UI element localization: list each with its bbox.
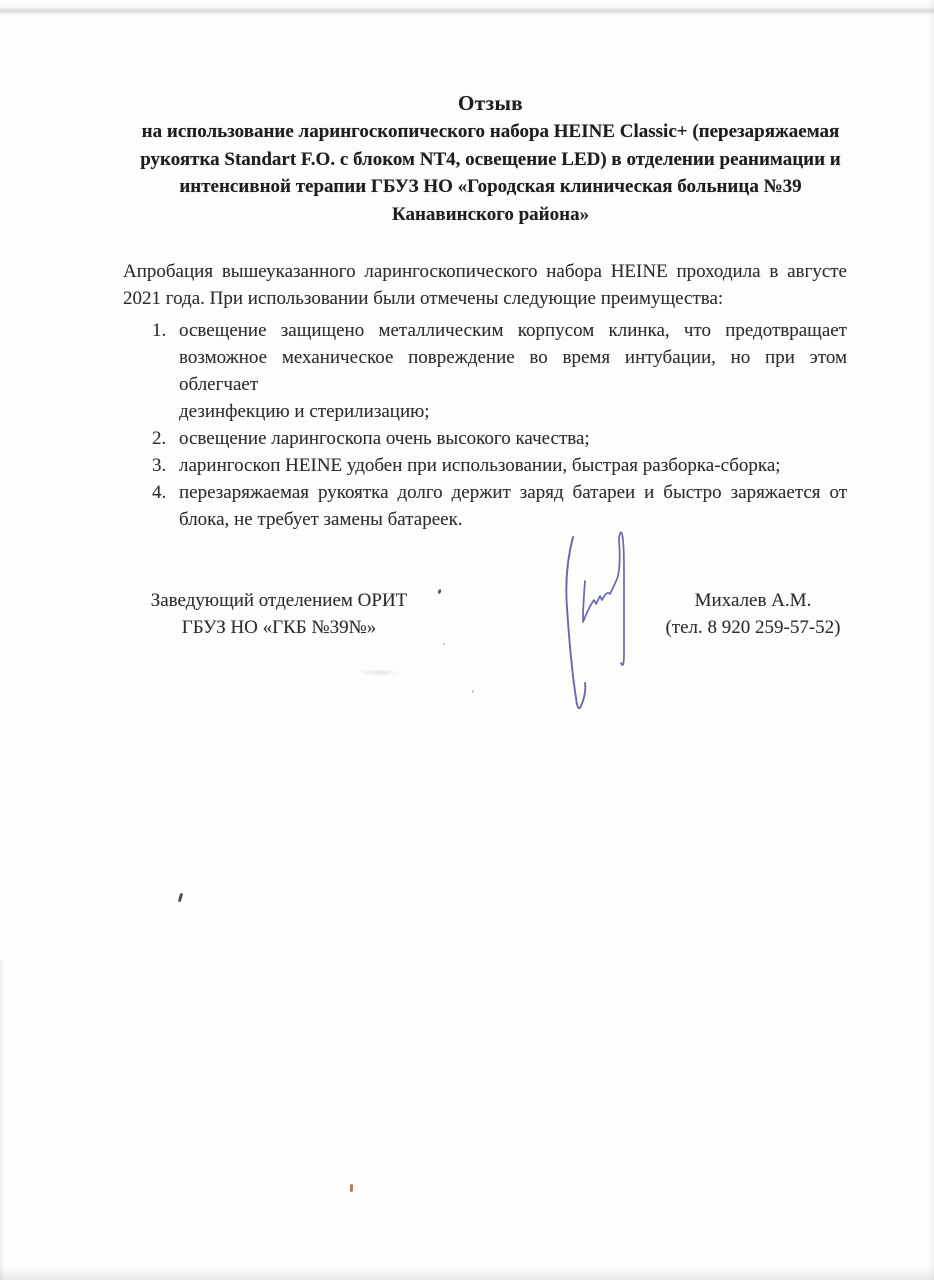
list-item-number: 1. <box>152 317 179 344</box>
signatory-name-block: Михалев А.М. (тел. 8 920 259-57-52) <box>653 587 853 641</box>
signatory-position-line: Заведующий отделением ОРИТ <box>150 587 408 614</box>
scan-speck <box>472 690 474 693</box>
signatory-phone: (тел. 8 920 259-57-52) <box>653 614 853 641</box>
intro-paragraph: Апробация вышеуказанного ларингоскопичес… <box>123 258 847 312</box>
list-item-number: 2. <box>152 425 179 452</box>
signature-stroke <box>583 581 585 620</box>
subtitle-line: на использование ларингоскопического наб… <box>127 118 854 146</box>
list-item: 2. освещение ларингоскопа очень высокого… <box>123 425 847 452</box>
subtitle-line: интенсивной терапии ГБУЗ НО «Городская к… <box>127 173 854 201</box>
handwritten-signature <box>558 526 653 721</box>
scan-edge-bottom <box>0 1268 934 1280</box>
document-subtitle: на использование ларингоскопического наб… <box>127 118 854 228</box>
list-item-line: блока, не требует замены батареек. <box>179 506 847 533</box>
subtitle-line: рукоятка Standart F.O. с блоком NT4, осв… <box>127 146 854 174</box>
subtitle-line: Канавинского района» <box>127 201 854 229</box>
list-item-number: 4. <box>152 479 179 506</box>
list-item-line: дезинфекцию и стерилизацию; <box>179 398 847 425</box>
list-item-line: освещение ларингоскопа очень высокого ка… <box>179 425 847 452</box>
scan-edge-left <box>0 960 5 1280</box>
scanned-document-page: Отзыв на использование ларингоскопическо… <box>0 0 934 1280</box>
list-item-text: перезаряжаемая рукоятка долго держит зар… <box>179 479 847 533</box>
paragraph-line: Апробация вышеуказанного ларингоскопичес… <box>123 258 847 285</box>
list-item-line: ларингоскоп HEINE удобен при использован… <box>179 452 847 479</box>
scan-edge-right <box>928 0 934 1280</box>
list-item-line: перезаряжаемая рукоятка долго держит зар… <box>179 479 847 506</box>
scan-edge-top <box>0 7 934 15</box>
document-title: Отзыв <box>127 91 854 116</box>
list-item-number: 3. <box>152 452 179 479</box>
signature-stroke <box>583 532 624 665</box>
paragraph-line: 2021 года. При использовании были отмече… <box>123 285 847 312</box>
scan-speck <box>443 643 445 645</box>
list-item-line: возможное механическое повреждение во вр… <box>179 344 847 398</box>
advantages-list: 1. освещение защищено металлическим корп… <box>123 317 847 533</box>
list-item: 3. ларингоскоп HEINE удобен при использо… <box>123 452 847 479</box>
list-item-line: освещение защищено металлическим корпусо… <box>179 317 847 344</box>
ink-speck <box>178 893 183 902</box>
list-item-text: освещение защищено металлическим корпусо… <box>179 317 847 425</box>
list-item: 1. освещение защищено металлическим корп… <box>123 317 847 425</box>
list-item: 4. перезаряжаемая рукоятка долго держит … <box>123 479 847 533</box>
list-item-text: освещение ларингоскопа очень высокого ка… <box>179 425 847 452</box>
ink-speck <box>437 589 441 595</box>
scan-smudge <box>358 669 400 676</box>
ink-speck <box>350 1184 354 1192</box>
signatory-position-block: Заведующий отделением ОРИТ ГБУЗ НО «ГКБ … <box>150 587 408 641</box>
list-item-text: ларингоскоп HEINE удобен при использован… <box>179 452 847 479</box>
signatory-organization-line: ГБУЗ НО «ГКБ №39№» <box>150 614 408 641</box>
signatory-name: Михалев А.М. <box>653 587 853 614</box>
